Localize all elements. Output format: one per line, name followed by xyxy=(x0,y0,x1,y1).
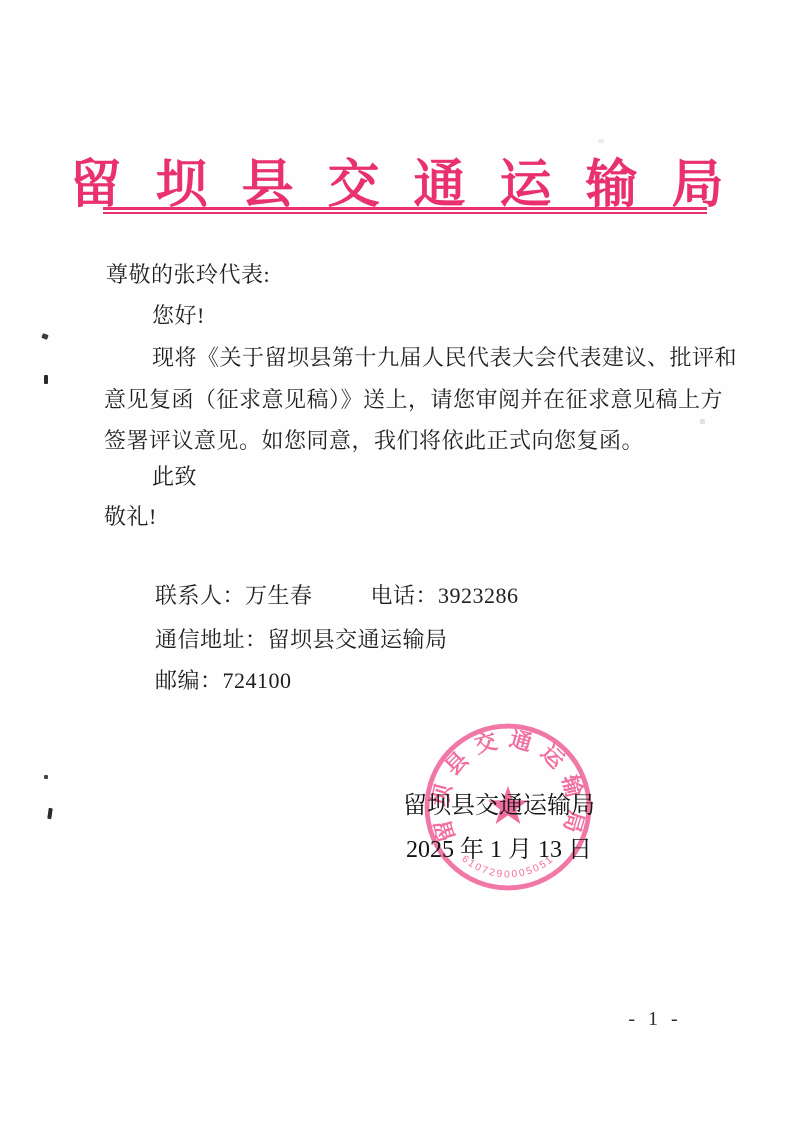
letterhead-rule-thin xyxy=(103,212,707,214)
scan-artifact xyxy=(44,775,48,779)
signature-org: 留坝县交通运输局 xyxy=(394,785,604,820)
page-number: - 1 - xyxy=(615,1008,695,1031)
greeting-line: 您好! xyxy=(152,301,205,331)
paragraph-line: 现将《关于留坝县第十九届人民代表大会代表建议、批评和 xyxy=(152,343,737,373)
letterhead-rule-thick xyxy=(103,207,707,210)
closing-jingli: 敬礼! xyxy=(104,502,157,532)
scan-artifact xyxy=(44,375,48,384)
signature-date: 2025 年 1 月 13 日 xyxy=(394,829,604,864)
contact-phone-label: 电话： xyxy=(371,583,439,608)
contact-zip-label: 邮编： xyxy=(155,668,223,693)
scan-artifact xyxy=(41,333,48,340)
contact-person-line: 联系人：万生春电话：3923286 xyxy=(155,581,519,611)
contact-person-value: 万生春 xyxy=(245,583,313,608)
paragraph-line: 意见复函（征求意见稿）》送上，请您审阅并在征求意见稿上方 xyxy=(104,385,723,415)
contact-person-label: 联系人： xyxy=(155,583,245,608)
contact-address-label: 通信地址： xyxy=(155,627,268,652)
contact-address-value: 留坝县交通运输局 xyxy=(268,627,448,652)
contact-phone-value: 3923286 xyxy=(438,583,519,608)
scan-artifact xyxy=(598,139,604,143)
closing-cizhi: 此致 xyxy=(152,462,197,492)
scan-artifact xyxy=(47,808,52,819)
paragraph-line: 签署评议意见。如您同意，我们将依此正式向您复函。 xyxy=(104,426,644,456)
contact-zip-value: 724100 xyxy=(223,668,292,693)
letter-page: 留坝县交通运输局 尊敬的张玲代表: 您好! 现将《关于留坝县第十九届人民代表大会… xyxy=(0,0,793,1122)
scan-artifact xyxy=(700,419,705,424)
contact-address-line: 通信地址：留坝县交通运输局 xyxy=(155,625,448,655)
contact-zip-line: 邮编：724100 xyxy=(155,666,292,696)
letterhead-rule xyxy=(103,207,707,214)
salutation: 尊敬的张玲代表: xyxy=(106,260,270,290)
letterhead-title: 留坝县交通运输局 xyxy=(0,142,793,217)
